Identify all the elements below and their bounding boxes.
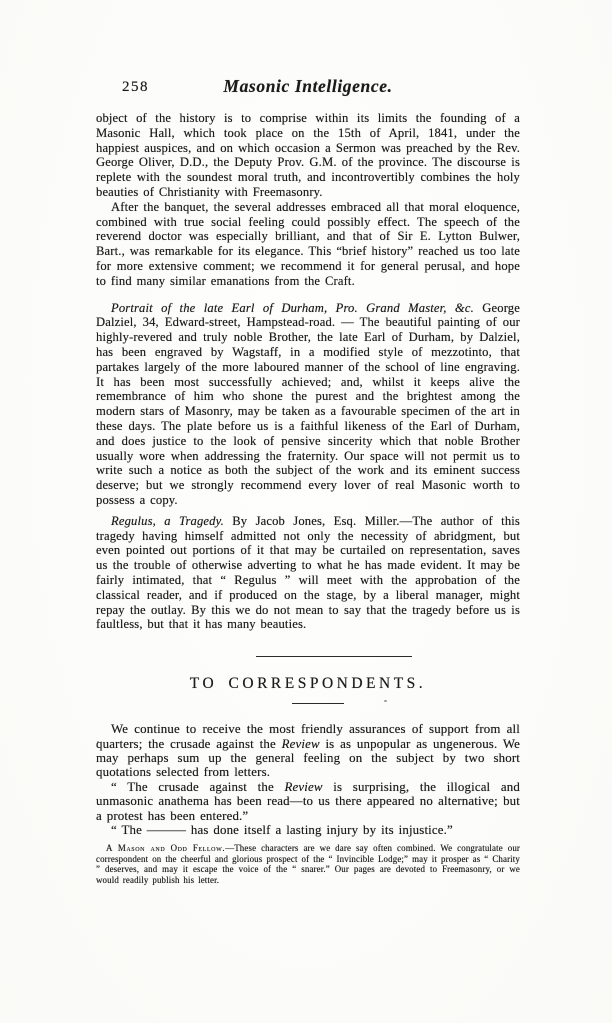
review-italic-2: Review [285,780,323,794]
regulus-review-body: By Jacob Jones, Esq. Miller.—The author … [96,514,520,632]
page-number: 258 [122,79,149,96]
paragraph-quote-crusade: “ The crusade against the Review is surp… [96,780,520,823]
section-divider-rule [256,656,412,657]
regulus-review-title: Regulus, a Tragedy. [111,514,224,528]
note-mason-odd-fellow: A Mason and Odd Fellow.—These characters… [96,843,520,885]
quote-crusade-text-a: “ The crusade against the [111,780,285,794]
heading-underline-rule [292,703,344,704]
paragraph-masonic-hall: object of the history is to comprise wit… [96,111,520,200]
scan-speckle [384,700,387,702]
paragraph-assurances: We continue to receive the most friendly… [96,722,520,780]
page-header: 258 Masonic Intelligence. [96,76,520,98]
note-correspondent-name: A Mason and Odd Fellow. [106,843,225,853]
scanned-page: 258 Masonic Intelligence. object of the … [0,0,612,1023]
portrait-review-body: George Dalziel, 34, Edward-street, Hamps… [96,301,520,507]
articles-section: object of the history is to comprise wit… [96,111,520,632]
scan-speckle [97,741,99,743]
review-italic: Review [282,737,320,751]
paragraph-banquet: After the banquet, the several addresses… [96,200,520,289]
correspondents-heading: TO CORRESPONDENTS. [96,675,520,693]
correspondents-section: TO CORRESPONDENTS. We continue to receiv… [96,675,520,885]
paragraph-regulus-review: Regulus, a Tragedy. By Jacob Jones, Esq.… [96,514,520,632]
running-title: Masonic Intelligence. [96,76,520,97]
paragraph-portrait-review: Portrait of the late Earl of Durham, Pro… [96,301,520,508]
portrait-review-title: Portrait of the late Earl of Durham, Pro… [111,301,474,315]
paragraph-quote-injury: “ The ——— has done itself a lasting inju… [96,823,520,837]
